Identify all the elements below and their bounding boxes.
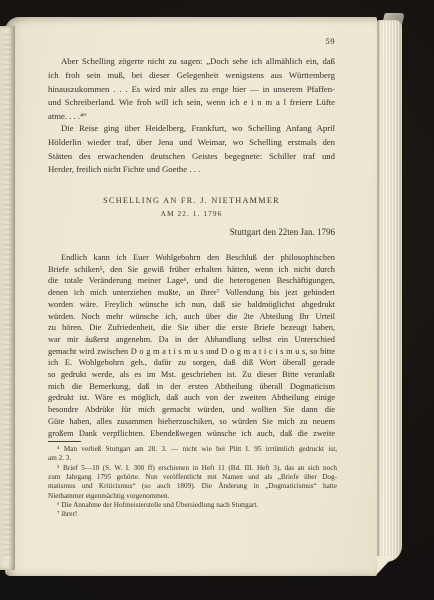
letter-heading-title: SCHELLING AN FR. J. NIETHAMMER: [48, 196, 335, 205]
text-line: Endlich kann ich Euer Wohlgebohrn den Be…: [48, 252, 335, 264]
text-line: am 2. 3.: [48, 454, 337, 463]
text-line: ⁷ ihrer!: [48, 510, 337, 519]
text-line: zum Jahrgang 1795 gehörte. Nun veröffent…: [48, 473, 337, 482]
letter-dateline: Stuttgart den 22ten Jan. 1796: [48, 227, 335, 237]
text-line: ⁶ Die Annahme der Hofmeisterstelle und Ü…: [48, 501, 337, 510]
text-line: großem Dank verpflichten. Ebendeßwegen w…: [48, 428, 335, 440]
text-line: zu hören. Die Zufriedenheit, die Sie übe…: [48, 322, 335, 334]
text-line: besondre Abdrüke für mich gemacht würden…: [48, 404, 335, 416]
facing-page-edge: [0, 26, 15, 570]
text-line: Aber Schelling zögerte nicht zu sagen: „…: [48, 55, 335, 69]
text-line: ich froh sein muß, bei dieser Gelegenhei…: [48, 69, 335, 83]
letter-heading: SCHELLING AN FR. J. NIETHAMMER AM 22. 1.…: [48, 196, 335, 218]
text-line: Herder, freilich nicht Fichte und Goethe…: [48, 163, 335, 177]
footnote-7: ⁷ ihrer!: [48, 510, 337, 519]
text-line: so gedrukt werde, als es im Mst. geschri…: [48, 369, 335, 381]
text-line: Güte haben, alles zusammen hieherzuschik…: [48, 416, 335, 428]
footnotes: ⁴ Man verließ Stuttgart am 28. 3. — nich…: [48, 445, 337, 520]
footnote-5: ⁵ Brief 5—10 (S. W. I. 300 ff) erschiene…: [48, 464, 337, 501]
text-line: und Schreiberland. Wie froh will ich sei…: [48, 96, 335, 110]
text-line: Niethammer eigenmächtig vorgenommen.: [48, 492, 337, 501]
text-line: die totale Veränderung meiner Lage⁶, und…: [48, 275, 335, 287]
page-number: 59: [48, 36, 335, 46]
footnote-rule: [48, 441, 81, 442]
text-line: denen ich mich unterziehen mußte, an Ihr…: [48, 287, 335, 299]
text-line: gemacht wird zwischen D o g m a t i s m …: [48, 346, 335, 358]
text-line: ⁴ Man verließ Stuttgart am 28. 3. — nich…: [48, 445, 337, 454]
intro-paragraph-1: Aber Schelling zögerte nicht zu sagen: „…: [48, 55, 335, 124]
text-line: Briefe schiken⁵, den Sie gewiß früher er…: [48, 264, 335, 276]
text-line: hinauszukommen . . . Es wird mir alles z…: [48, 83, 335, 97]
text-line: gedrukt ist. Wäre es möglich, daß auch v…: [48, 392, 335, 404]
text-line: Stätten des erwachenden deutschen Geiste…: [48, 150, 335, 164]
text-line: matismus und Kriticismus“ (so auch 1809)…: [48, 482, 337, 491]
letter-heading-date: AM 22. 1. 1796: [48, 209, 335, 218]
fore-edge-pages: [377, 20, 402, 562]
intro-paragraph-2: Die Reise ging über Heidelberg, Frankfur…: [48, 122, 335, 177]
book-page: 59 Aber Schelling zögerte nicht zu sagen…: [5, 17, 377, 576]
footnote-4: ⁴ Man verließ Stuttgart am 28. 3. — nich…: [48, 445, 337, 464]
book-scan: 59 Aber Schelling zögerte nicht zu sagen…: [0, 0, 434, 600]
footnote-6: ⁶ Die Annahme der Hofmeisterstelle und Ü…: [48, 501, 337, 510]
showthrough-text: [2, 34, 11, 556]
text-line: ⁵ Brief 5—10 (S. W. I. 300 ff) erschiene…: [48, 464, 337, 473]
text-line: würden. Noch mehr wünsche ich, auch über…: [48, 311, 335, 323]
text-line: war mir äußerst angenehm. Da in der Abha…: [48, 334, 335, 346]
text-line: Die Reise ging über Heidelberg, Frankfur…: [48, 122, 335, 136]
text-line: mich die Bemerkung, daß in der ersten Ab…: [48, 381, 335, 393]
letter-body: Endlich kann ich Euer Wohlgebohrn den Be…: [48, 252, 335, 439]
text-line: Hölderlin wieder traf, über Jena und Wei…: [48, 136, 335, 150]
text-line: worden wäre. Freylich wünsche ich nun, d…: [48, 299, 335, 311]
text-line: ich E. Wohlgebohrn geh., dafür zu sorgen…: [48, 357, 335, 369]
